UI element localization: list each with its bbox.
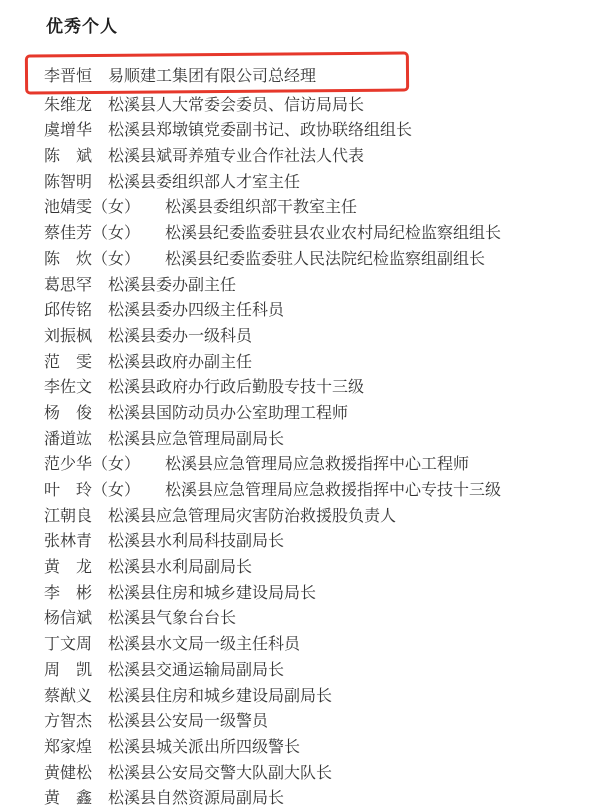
person-name: 黄健松	[44, 761, 92, 787]
list-item: 丁文周松溪县水文局一级主任科员	[44, 632, 600, 658]
list-item: 黄 龙松溪县水利局副局长	[44, 555, 600, 581]
person-title: 松溪县国防动员办公室助理工程师	[108, 405, 348, 422]
person-title: 松溪县住房和城乡建设局局长	[108, 585, 316, 602]
list-item: 邱传铭松溪县委办四级主任科员	[44, 298, 600, 324]
person-title: 松溪县公安局交警大队副大队长	[108, 765, 332, 782]
person-name: 刘振枫	[44, 324, 92, 350]
person-title: 易顺建工集团有限公司总经理	[108, 68, 316, 85]
list-item: 黄健松松溪县公安局交警大队副大队长	[44, 761, 600, 787]
person-title: 松溪县住房和城乡建设局副局长	[108, 688, 332, 705]
list-item: 方智杰松溪县公安局一级警员	[44, 709, 600, 735]
list-item: 范 雯松溪县政府办副主任	[44, 350, 600, 376]
person-title: 松溪县委办一级科员	[108, 328, 252, 345]
list-item: 杨 俊松溪县国防动员办公室助理工程师	[44, 401, 600, 427]
list-item: 范少华（女）松溪县应急管理局应急救援指挥中心工程师	[44, 452, 600, 478]
list-item: 陈 斌松溪县斌哥养殖专业合作社法人代表	[44, 144, 600, 170]
person-title: 松溪县水利局副局长	[108, 559, 252, 576]
person-title: 松溪县应急管理局副局长	[108, 431, 284, 448]
list-item: 张林青松溪县水利局科技副局长	[44, 529, 600, 555]
person-title: 松溪县自然资源局副局长	[108, 790, 284, 807]
person-title: 松溪县纪委监委驻人民法院纪检监察组副组长	[165, 251, 485, 268]
person-title: 松溪县委办副主任	[108, 277, 236, 294]
person-name: 蔡佳芳	[44, 221, 92, 247]
person-name: 陈智明	[44, 170, 92, 196]
list-item: 周 凯松溪县交通运输局副局长	[44, 658, 600, 684]
person-name: 陈 炊	[44, 247, 92, 273]
list-item: 蔡猷义松溪县住房和城乡建设局副局长	[44, 684, 600, 710]
list-item: 葛思罕松溪县委办副主任	[44, 273, 600, 299]
list-item: 黄 鑫松溪县自然资源局副局长	[44, 786, 600, 812]
gender-note: （女）	[92, 195, 140, 221]
list-item: 李 彬松溪县住房和城乡建设局局长	[44, 581, 600, 607]
person-name: 池婧雯	[44, 195, 92, 221]
person-name: 潘道竑	[44, 427, 92, 453]
list-item: 李佐文松溪县政府办行政后勤股专技十三级	[44, 375, 600, 401]
list-item: 陈 炊（女）松溪县纪委监委驻人民法院纪检监察组副组长	[44, 247, 600, 273]
list-item: 朱维龙松溪县人大常委会委员、信访局局长	[44, 93, 600, 119]
gender-note: （女）	[92, 478, 140, 504]
list-item: 杨信斌松溪县气象台台长	[44, 606, 600, 632]
person-name: 范 雯	[44, 350, 92, 376]
gender-note: （女）	[92, 452, 140, 478]
person-title: 松溪县委组织部干教室主任	[165, 199, 357, 216]
person-title: 松溪县交通运输局副局长	[108, 662, 284, 679]
person-title: 松溪县政府办副主任	[108, 354, 252, 371]
person-title: 松溪县政府办行政后勤股专技十三级	[108, 379, 364, 396]
person-name: 李佐文	[44, 375, 92, 401]
person-name: 张林青	[44, 529, 92, 555]
list-item: 李晋恒易顺建工集团有限公司总经理	[44, 64, 600, 90]
person-title: 松溪县郑墩镇党委副书记、政协联络组组长	[108, 122, 412, 139]
person-title: 松溪县委组织部人才室主任	[108, 174, 300, 191]
person-name: 虞增华	[44, 118, 92, 144]
person-name: 郑家煌	[44, 735, 92, 761]
person-title: 松溪县水利局科技副局长	[108, 533, 284, 550]
person-name: 范少华	[44, 452, 92, 478]
person-title: 松溪县委办四级主任科员	[108, 302, 284, 319]
list-item: 虞增华松溪县郑墩镇党委副书记、政协联络组组长	[44, 118, 600, 144]
person-name: 黄 龙	[44, 555, 92, 581]
person-title: 松溪县纪委监委驻县农业农村局纪检监察组组长	[165, 225, 501, 242]
person-name: 江朝良	[44, 504, 92, 530]
person-name: 葛思罕	[44, 273, 92, 299]
person-title: 松溪县人大常委会委员、信访局局长	[108, 97, 364, 114]
person-name: 陈 斌	[44, 144, 92, 170]
person-title: 松溪县斌哥养殖专业合作社法人代表	[108, 148, 364, 165]
list-item: 郑家煌松溪县城关派出所四级警长	[44, 735, 600, 761]
list-item: 叶 玲（女）松溪县应急管理局应急救援指挥中心专技十三级	[44, 478, 600, 504]
person-title: 松溪县应急管理局应急救援指挥中心专技十三级	[165, 482, 501, 499]
gender-note: （女）	[92, 221, 140, 247]
person-title: 松溪县应急管理局灾害防治救援股负责人	[108, 508, 396, 525]
person-title: 松溪县气象台台长	[108, 610, 236, 627]
person-name: 叶 玲	[44, 478, 92, 504]
list-item: 池婧雯（女）松溪县委组织部干教室主任	[44, 195, 600, 221]
person-title: 松溪县公安局一级警员	[108, 713, 268, 730]
person-name: 杨信斌	[44, 606, 92, 632]
person-name: 方智杰	[44, 709, 92, 735]
award-list: 李晋恒易顺建工集团有限公司总经理 朱维龙松溪县人大常委会委员、信访局局长 虞增华…	[44, 64, 600, 812]
list-item: 潘道竑松溪县应急管理局副局长	[44, 427, 600, 453]
list-item: 刘振枫松溪县委办一级科员	[44, 324, 600, 350]
list-item: 江朝良松溪县应急管理局灾害防治救援股负责人	[44, 504, 600, 530]
person-name: 周 凯	[44, 658, 92, 684]
person-name: 杨 俊	[44, 401, 92, 427]
person-title: 松溪县应急管理局应急救援指挥中心工程师	[165, 456, 469, 473]
person-name: 朱维龙	[44, 93, 92, 119]
page-title: 优秀个人	[46, 16, 118, 38]
list-item: 蔡佳芳（女）松溪县纪委监委驻县农业农村局纪检监察组组长	[44, 221, 600, 247]
article-page: 优秀个人 李晋恒易顺建工集团有限公司总经理 朱维龙松溪县人大常委会委员、信访局局…	[0, 0, 600, 812]
person-name: 李 彬	[44, 581, 92, 607]
person-title: 松溪县城关派出所四级警长	[108, 739, 300, 756]
gender-note: （女）	[92, 247, 140, 273]
person-name: 黄 鑫	[44, 786, 92, 812]
person-name: 李晋恒	[44, 64, 92, 90]
person-name: 蔡猷义	[44, 684, 92, 710]
list-item: 陈智明松溪县委组织部人才室主任	[44, 170, 600, 196]
person-name: 邱传铭	[44, 298, 92, 324]
person-title: 松溪县水文局一级主任科员	[108, 636, 300, 653]
person-name: 丁文周	[44, 632, 92, 658]
